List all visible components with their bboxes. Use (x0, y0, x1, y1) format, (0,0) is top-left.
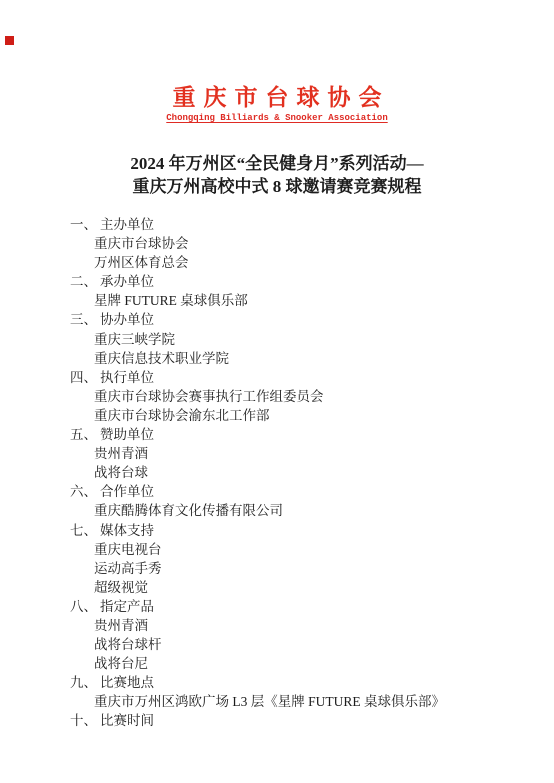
outline-sub-item: 超级视觉 (70, 578, 554, 597)
outline-section-heading: 七、媒体支持 (70, 521, 554, 540)
outline-section-heading: 十、比赛时间 (70, 711, 554, 730)
outline-sub-item: 重庆信息技术职业学院 (70, 349, 554, 368)
outline-sub-item: 重庆三峡学院 (70, 330, 554, 349)
outline-section-heading: 一、主办单位 (70, 215, 554, 234)
org-title-en: Chongqing Billiards & Snooker Associatio… (0, 112, 554, 124)
outline-sub-item: 重庆市台球协会赛事执行工作组委员会 (70, 387, 554, 406)
outline-section-label: 指定产品 (100, 599, 154, 614)
outline-section-heading: 五、赞助单位 (70, 425, 554, 444)
outline-section-label: 执行单位 (100, 370, 154, 385)
outline-sub-item: 星牌 FUTURE 桌球俱乐部 (70, 291, 554, 310)
outline-section-number: 四、 (70, 368, 100, 387)
outline-sub-item: 重庆市台球协会渝东北工作部 (70, 406, 554, 425)
outline-section-label: 承办单位 (100, 274, 154, 289)
outline-section-heading: 二、承办单位 (70, 272, 554, 291)
outline-sub-item: 战将台球杆 (70, 635, 554, 654)
outline-sub-item: 万州区体育总会 (70, 253, 554, 272)
outline-section-label: 协办单位 (100, 312, 154, 327)
outline-section-number: 七、 (70, 521, 100, 540)
org-title-cn: 重庆市台球协会 (0, 86, 554, 110)
outline-section-number: 六、 (70, 482, 100, 501)
outline-section-label: 比赛地点 (100, 675, 154, 690)
outline-sub-item: 战将台球 (70, 463, 554, 482)
document-title-line2: 重庆万州高校中式 8 球邀请赛竞赛规程 (0, 176, 554, 199)
outline-section-number: 一、 (70, 215, 100, 234)
document-title: 2024 年万州区“全民健身月”系列活动— 重庆万州高校中式 8 球邀请赛竞赛规… (0, 153, 554, 198)
outline-sub-item: 贵州青酒 (70, 444, 554, 463)
outline-sub-item: 重庆酷腾体育文化传播有限公司 (70, 501, 554, 520)
outline-section-number: 十、 (70, 711, 100, 730)
outline-section-label: 比赛时间 (100, 713, 154, 728)
outline-sub-item: 重庆市万州区鸿欧广场 L3 层《星牌 FUTURE 桌球俱乐部》 (70, 692, 554, 711)
outline-section-heading: 九、比赛地点 (70, 673, 554, 692)
outline-section-number: 二、 (70, 272, 100, 291)
document-title-line1: 2024 年万州区“全民健身月”系列活动— (0, 153, 554, 176)
red-corner-mark (5, 36, 14, 45)
outline-section-number: 五、 (70, 425, 100, 444)
outline-sub-item: 运动高手秀 (70, 559, 554, 578)
outline-section-heading: 八、指定产品 (70, 597, 554, 616)
outline-section-label: 合作单位 (100, 484, 154, 499)
outline-sub-item: 重庆市台球协会 (70, 234, 554, 253)
outline-section-label: 赞助单位 (100, 427, 154, 442)
outline-sub-item: 贵州青酒 (70, 616, 554, 635)
outline-section-heading: 四、执行单位 (70, 368, 554, 387)
outline-section-number: 八、 (70, 597, 100, 616)
document-page: 重庆市台球协会 Chongqing Billiards & Snooker As… (0, 0, 554, 783)
outline: 一、主办单位重庆市台球协会万州区体育总会二、承办单位星牌 FUTURE 桌球俱乐… (0, 215, 554, 731)
outline-section-heading: 六、合作单位 (70, 482, 554, 501)
outline-section-number: 三、 (70, 310, 100, 329)
outline-section-number: 九、 (70, 673, 100, 692)
outline-sub-item: 战将台尼 (70, 654, 554, 673)
outline-section-label: 媒体支持 (100, 523, 154, 538)
outline-section-heading: 三、协办单位 (70, 310, 554, 329)
outline-sub-item: 重庆电视台 (70, 540, 554, 559)
letterhead: 重庆市台球协会 Chongqing Billiards & Snooker As… (0, 0, 554, 124)
outline-section-label: 主办单位 (100, 217, 154, 232)
